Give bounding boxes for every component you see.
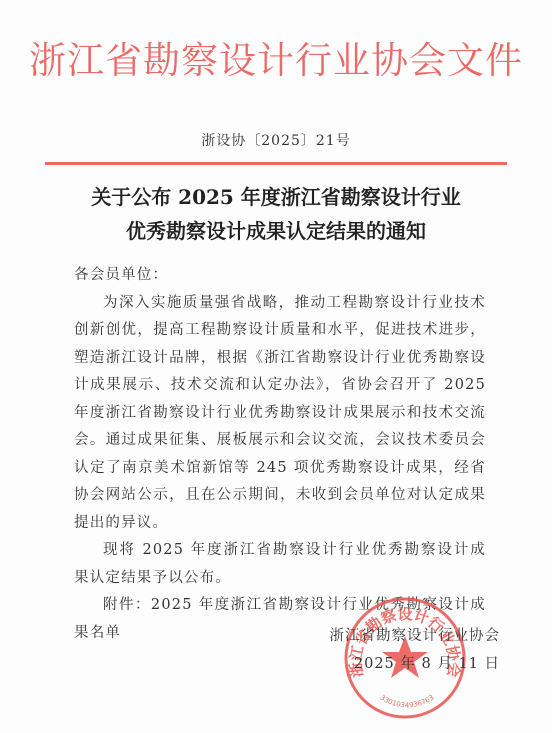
body-paragraph: 现将 2025 年度浙江省勘察设计行业优秀勘察设计成果认定结果予以公布。 (74, 537, 486, 592)
notice-title: 关于公布 2025 年度浙江省勘察设计行业 优秀勘察设计成果认定结果的通知 (0, 180, 552, 248)
signing-date: 2025 年 8 月 11 日 (300, 650, 500, 678)
signing-organization: 浙江省勘察设计行业协会 (300, 622, 500, 650)
stamp-code: 3301034936763 (379, 693, 436, 709)
red-divider-line (45, 162, 507, 165)
document-masthead: 浙江省勘察设计行业协会文件 (0, 30, 552, 84)
signature-block: 浙江省勘察设计行业协会 2025 年 8 月 11 日 (300, 622, 500, 678)
document-number: 浙设协〔2025〕21号 (0, 130, 552, 150)
salutation: 各会员单位： (74, 262, 486, 290)
notice-title-line-2: 优秀勘察设计成果认定结果的通知 (0, 214, 552, 248)
svg-text:3301034936763: 3301034936763 (379, 693, 436, 709)
body-paragraph: 为深入实施质量强省战略，推动工程勘察设计行业技术创新创优，提高工程勘察设计质量和… (74, 290, 486, 538)
notice-body: 各会员单位： 为深入实施质量强省战略，推动工程勘察设计行业技术创新创优，提高工程… (74, 262, 486, 647)
notice-title-line-1: 关于公布 2025 年度浙江省勘察设计行业 (0, 180, 552, 214)
